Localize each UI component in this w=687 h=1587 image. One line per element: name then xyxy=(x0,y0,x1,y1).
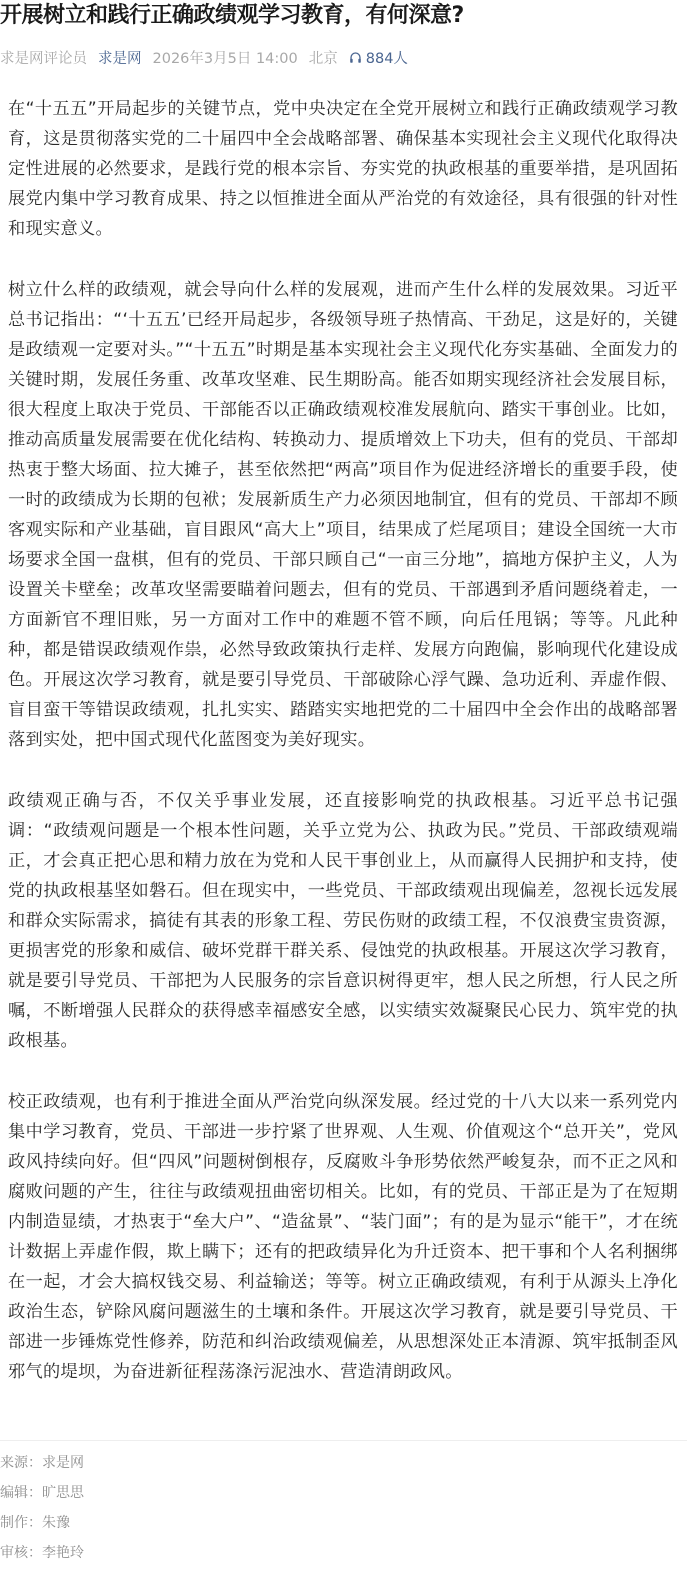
paragraph: 校正政绩观，也有利于推进全面从严治党向纵深发展。经过党的十八大以来一系列党内集中… xyxy=(8,1087,678,1387)
listen-button[interactable]: 884人 xyxy=(349,47,408,68)
paragraph: 树立什么样的政绩观，就会导向什么样的发展观，进而产生什么样的发展效果。习近平总书… xyxy=(8,275,678,755)
credit-label: 审核： xyxy=(0,1545,42,1561)
article-meta: 求是网评论员 求是网 2026年3月5日 14:00 北京 884人 xyxy=(0,44,419,70)
credit-source: 来源：求是网 xyxy=(0,1448,84,1478)
divider xyxy=(0,1440,687,1441)
location-label: 北京 xyxy=(309,47,338,68)
credit-reviewer: 审核：李艳玲 xyxy=(0,1538,84,1568)
article-body: 在“十五五”开局起步的关键节点，党中央决定在全党开展树立和践行正确政绩观学习教育… xyxy=(8,94,678,1418)
article-credits: 来源：求是网 编辑：旷思思 制作：朱豫 审核：李艳玲 xyxy=(0,1448,84,1568)
credit-label: 来源： xyxy=(0,1455,42,1471)
author-label: 求是网评论员 xyxy=(0,47,87,68)
source-link[interactable]: 求是网 xyxy=(98,47,142,68)
credit-value: 旷思思 xyxy=(42,1485,84,1501)
credit-label: 制作： xyxy=(0,1515,42,1531)
credit-label: 编辑： xyxy=(0,1485,42,1501)
credit-value: 求是网 xyxy=(42,1455,84,1471)
credit-producer: 制作：朱豫 xyxy=(0,1508,84,1538)
credit-value: 朱豫 xyxy=(42,1515,70,1531)
paragraph: 在“十五五”开局起步的关键节点，党中央决定在全党开展树立和践行正确政绩观学习教育… xyxy=(8,94,678,244)
publish-datetime: 2026年3月5日 14:00 xyxy=(153,47,298,68)
credit-value: 李艳玲 xyxy=(42,1545,84,1561)
article-title: 开展树立和践行正确政绩观学习教育，有何深意? xyxy=(0,0,687,32)
credit-editor: 编辑：旷思思 xyxy=(0,1478,84,1508)
paragraph: 政绩观正确与否，不仅关乎事业发展，还直接影响党的执政根基。习近平总书记强调：“政… xyxy=(8,786,678,1056)
headphones-icon xyxy=(349,51,362,64)
listener-count: 884人 xyxy=(366,47,408,68)
